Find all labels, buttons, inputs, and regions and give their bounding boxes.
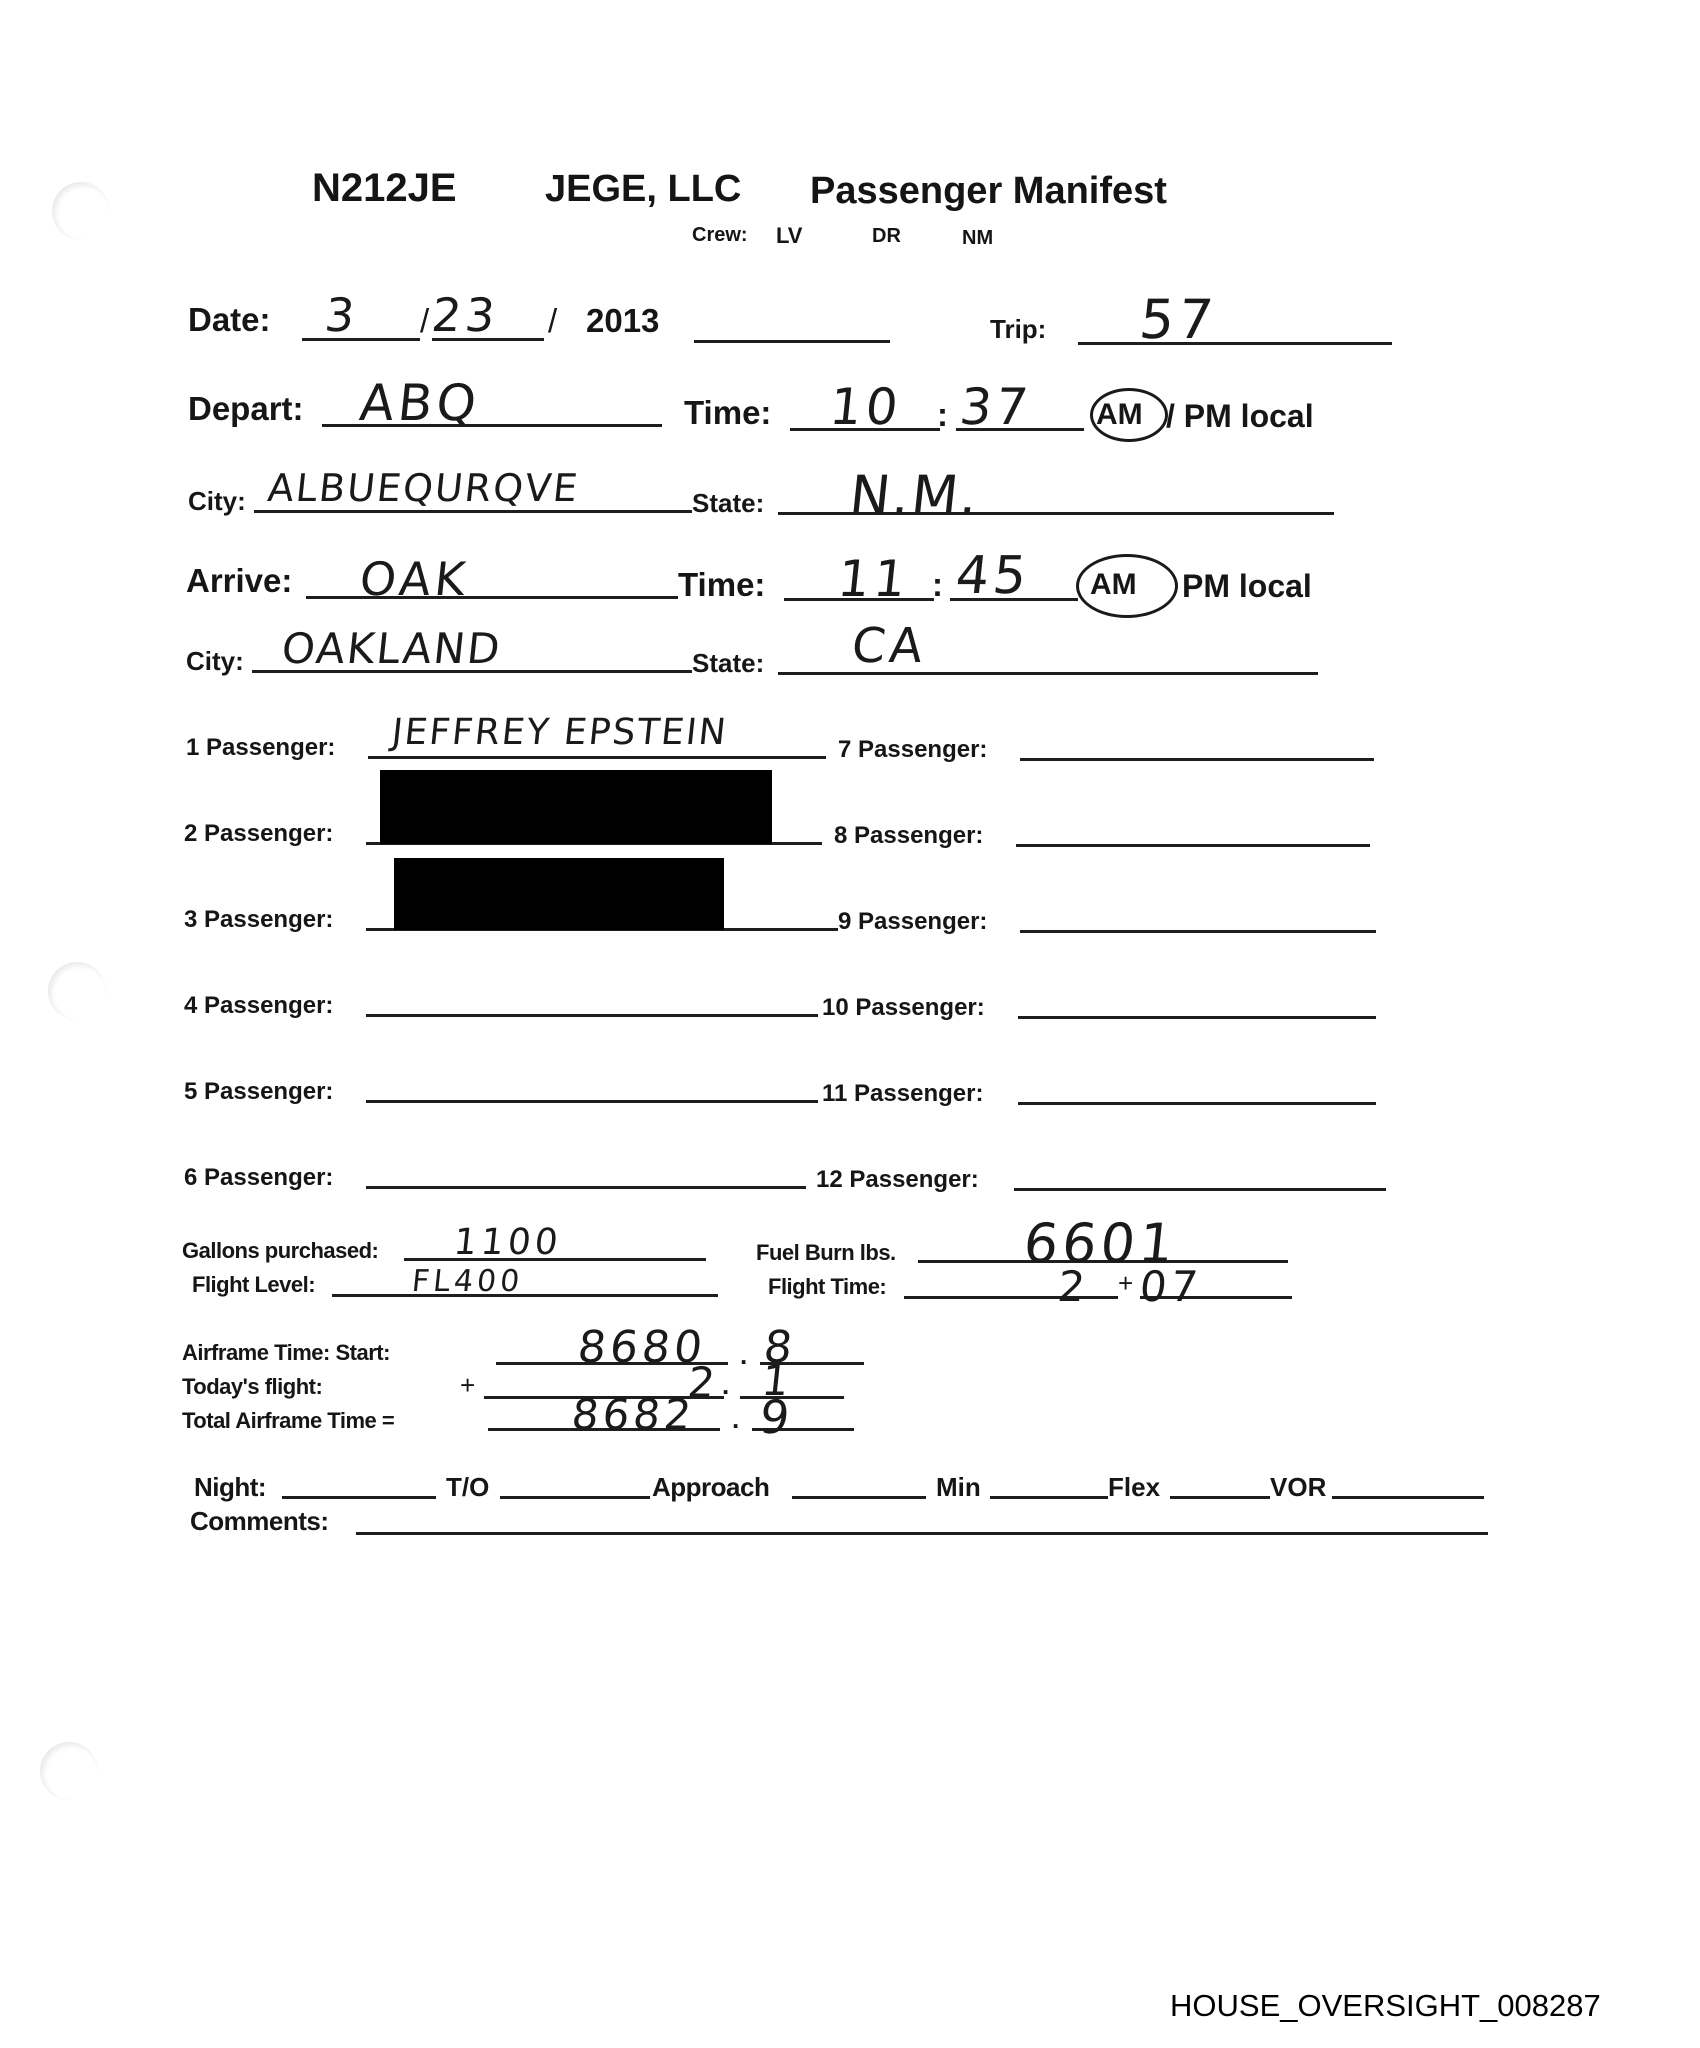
total-airframe-whole-value: 8682 [569, 1390, 697, 1439]
arrive-hour-value: 11 [835, 550, 913, 608]
arrive-city-value: OAKLAND [279, 624, 504, 673]
passenger-11-field[interactable] [1018, 1102, 1376, 1105]
passenger-4-label: 4 Passenger: [184, 992, 333, 1020]
arrive-am-option[interactable]: AM [1090, 568, 1137, 602]
crew-member-2: DR [872, 225, 901, 248]
passenger-9-label: 9 Passenger: [838, 908, 987, 936]
arrive-state-value: CA [849, 618, 929, 674]
comments-field[interactable] [356, 1532, 1488, 1535]
depart-hour-value: 10 [827, 378, 905, 436]
passenger-3-redaction [394, 858, 724, 930]
approach-field[interactable] [792, 1496, 926, 1499]
depart-label: Depart: [188, 390, 304, 428]
crew-member-1: LV [776, 223, 802, 249]
depart-city-field[interactable] [254, 510, 692, 513]
passenger-1-field[interactable] [368, 756, 826, 759]
passenger-10-label: 10 Passenger: [822, 994, 985, 1022]
hole-punch-bottom [40, 1742, 98, 1800]
date-label: Date: [188, 301, 271, 339]
passenger-10-field[interactable] [1018, 1016, 1376, 1019]
company-name: JEGE, LLC [545, 168, 741, 211]
form-title: Passenger Manifest [810, 170, 1167, 213]
arrive-minute-value: 45 [953, 546, 1033, 606]
comments-label: Comments: [190, 1506, 329, 1537]
hole-punch-top [52, 182, 110, 240]
passenger-1-label: 1 Passenger: [186, 734, 335, 762]
arrive-city-label: City: [186, 646, 244, 677]
passenger-9-field[interactable] [1020, 930, 1376, 933]
depart-pm-option[interactable]: / PM local [1166, 398, 1314, 435]
passenger-8-label: 8 Passenger: [834, 822, 983, 850]
arrive-label: Arrive: [186, 562, 292, 600]
passenger-12-field[interactable] [1014, 1188, 1386, 1191]
trip-value: 57 [1137, 288, 1220, 351]
passenger-6-field[interactable] [366, 1186, 806, 1189]
flight-time-minutes-value: 07 [1137, 1262, 1204, 1311]
arrive-airport-value: OAK [357, 552, 472, 606]
flight-level-label: Flight Level: [192, 1272, 315, 1298]
crew-label: Crew: [692, 224, 748, 247]
passenger-11-label: 11 Passenger: [822, 1080, 983, 1108]
tail-number: N212JE [312, 166, 457, 211]
passenger-4-field[interactable] [366, 1014, 818, 1017]
passenger-5-label: 5 Passenger: [184, 1078, 333, 1106]
flight-level-value: FL400 [410, 1264, 525, 1299]
date-separator-1: / [420, 302, 429, 340]
date-extra-field[interactable] [694, 340, 890, 343]
flight-time-label: Flight Time: [768, 1274, 886, 1300]
trip-label: Trip: [990, 314, 1046, 345]
date-month-field[interactable] [302, 338, 420, 341]
todays-flight-label: Today's flight: [182, 1374, 322, 1400]
trip-field[interactable] [1078, 342, 1392, 345]
depart-state-value: N.M. [847, 464, 983, 527]
passenger-5-field[interactable] [366, 1100, 818, 1103]
flight-time-plus: + [1118, 1268, 1133, 1299]
flex-label: Flex [1108, 1472, 1160, 1503]
depart-city-value: ALBUEQURQVE [266, 466, 582, 510]
depart-am-option[interactable]: AM [1096, 398, 1143, 432]
crew-member-3: NM [962, 227, 993, 250]
bates-number: HOUSE_OVERSIGHT_008287 [1170, 1988, 1601, 2024]
passenger-2-redaction [380, 770, 772, 844]
airframe-start-dot: . [740, 1340, 747, 1371]
passenger-3-label: 3 Passenger: [184, 906, 333, 934]
hole-punch-middle [48, 962, 106, 1020]
vor-field[interactable] [1332, 1496, 1484, 1499]
night-field[interactable] [282, 1496, 436, 1499]
passenger-1-value: JEFFREY EPSTEIN [390, 712, 730, 753]
arrive-time-colon: : [932, 566, 943, 604]
night-label: Night: [194, 1472, 266, 1503]
min-field[interactable] [990, 1496, 1108, 1499]
total-airframe-decimal-value: 9 [757, 1390, 796, 1444]
fuel-burn-label: Fuel Burn lbs. [756, 1240, 896, 1266]
approach-label: Approach [652, 1472, 769, 1503]
airframe-start-whole-value: 8680 [575, 1322, 708, 1373]
todays-flight-dot: . [722, 1370, 729, 1401]
depart-city-label: City: [188, 486, 246, 517]
depart-airport-value: ABQ [357, 374, 483, 432]
passenger-6-label: 6 Passenger: [184, 1164, 333, 1192]
airframe-start-label: Airframe Time: Start: [182, 1340, 390, 1366]
date-day-value: 23 [429, 288, 501, 342]
date-month-value: 3 [322, 288, 361, 342]
min-label: Min [936, 1472, 981, 1503]
date-year: 2013 [586, 302, 659, 340]
flight-time-hours-value: 2 [1055, 1262, 1091, 1311]
passenger-8-field[interactable] [1016, 844, 1370, 847]
gallons-label: Gallons purchased: [182, 1238, 378, 1264]
date-separator-2: / [548, 302, 557, 340]
depart-state-label: State: [692, 488, 764, 519]
depart-time-label: Time: [684, 394, 771, 432]
flex-field[interactable] [1170, 1496, 1270, 1499]
depart-time-colon: : [937, 396, 948, 434]
todays-flight-plus: + [460, 1370, 475, 1401]
arrive-pm-option[interactable]: PM local [1182, 568, 1312, 605]
total-airframe-dot: . [732, 1404, 739, 1435]
passenger-7-label: 7 Passenger: [838, 736, 987, 764]
flight-level-field[interactable] [332, 1294, 718, 1297]
vor-label: VOR [1270, 1472, 1326, 1503]
arrive-time-label: Time: [678, 566, 765, 604]
passenger-12-label: 12 Passenger: [816, 1166, 979, 1194]
passenger-7-field[interactable] [1020, 758, 1374, 761]
depart-minute-value: 37 [957, 378, 1035, 436]
passenger-2-label: 2 Passenger: [184, 820, 333, 848]
to-label: T/O [446, 1472, 489, 1503]
total-airframe-label: Total Airframe Time = [182, 1408, 394, 1434]
arrive-state-label: State: [692, 648, 764, 679]
gallons-value: 1100 [452, 1222, 564, 1263]
to-field[interactable] [500, 1496, 650, 1499]
